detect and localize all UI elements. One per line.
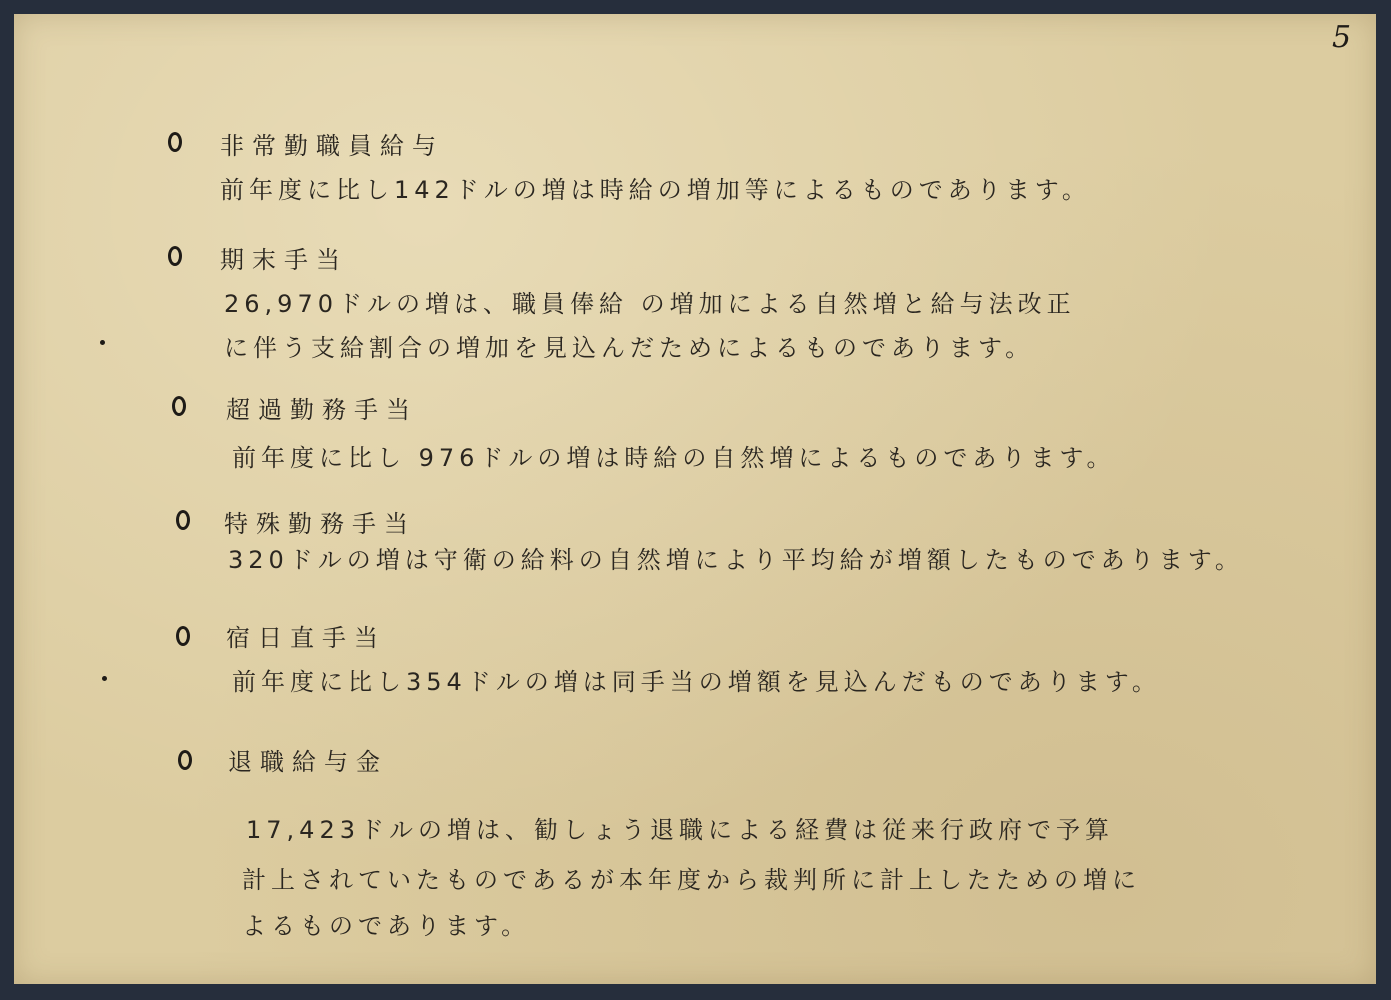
section-text-line: 17,423ドルの増は、勧しょう退職による経費は従来行政府で予算: [246, 810, 1114, 845]
section-text-line: に伴う支給割合の増加を見込んだためによるものであります。: [224, 328, 1034, 363]
bullet-circle-icon: [168, 132, 182, 152]
section-heading: 宿日直手当: [226, 618, 386, 653]
section-text-line: 前年度に比し354ドルの増は同手当の増額を見込んだものであります。: [232, 662, 1161, 697]
bullet-circle-icon: [172, 396, 186, 416]
section-heading: 超過勤務手当: [226, 390, 418, 425]
bullet-circle-icon: [176, 510, 190, 530]
section-text-line: 前年度に比し142ドルの増は時給の増加等によるものであります。: [220, 170, 1091, 205]
section-heading: 非常勤職員給与: [220, 126, 444, 161]
section-text-line: 前年度に比し 976ドルの増は時給の自然増によるものであります。: [232, 438, 1116, 473]
bullet-circle-icon: [176, 626, 190, 646]
section-text-line: 320ドルの増は守衛の給料の自然増により平均給が増額したものであります。: [228, 540, 1244, 575]
ink-speck: [102, 676, 107, 681]
section-text-line: 26,970ドルの増は、職員俸給 の増加による自然増と給与法改正: [224, 284, 1076, 319]
section-heading: 退職給与金: [228, 742, 388, 777]
bullet-circle-icon: [178, 750, 192, 770]
ink-speck: [100, 340, 105, 345]
section-heading: 特殊勤務手当: [224, 504, 416, 539]
page-number: 5: [1332, 20, 1351, 55]
bullet-circle-icon: [168, 246, 182, 266]
document-page: 5 非常勤職員給与 前年度に比し142ドルの増は時給の増加等によるものであります…: [14, 14, 1376, 984]
section-text-line: よるものであります。: [242, 906, 530, 941]
section-heading: 期末手当: [220, 240, 348, 275]
section-text-line: 計上されていたものであるが本年度から裁判所に計上したための増に: [242, 860, 1141, 895]
